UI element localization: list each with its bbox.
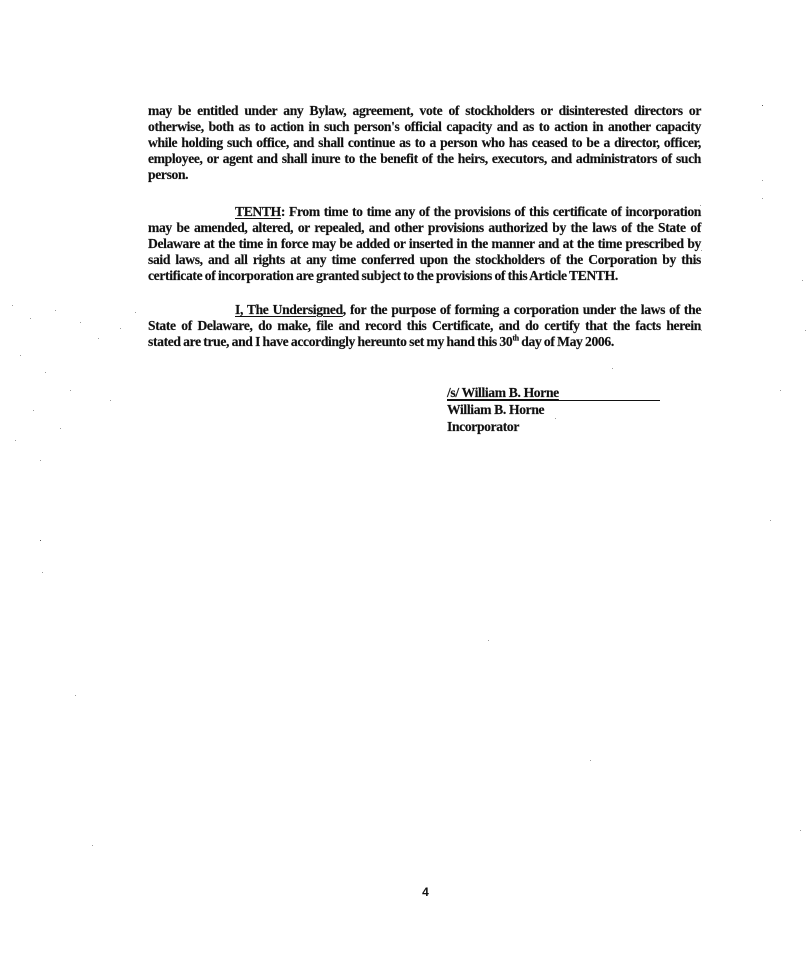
page-number: 4 — [0, 885, 807, 899]
text-line: may be entitled under any Bylaw, agreeme… — [148, 103, 701, 119]
article-heading: TENTH — [235, 204, 281, 219]
signer-title: Incorporator — [447, 418, 660, 435]
signature-block: /s/ William B. Horne William B. Horne In… — [447, 384, 660, 435]
text-line: said laws, and all rights at any time co… — [148, 252, 701, 268]
signer-name: William B. Horne — [447, 401, 660, 418]
text-line: employee, or agent and shall inure to th… — [148, 151, 701, 167]
paragraph-attestation: I, The Undersigned, for the purpose of f… — [148, 302, 701, 350]
text-line: person. — [148, 167, 701, 183]
signature-text: /s/ William B. Horne — [447, 385, 559, 400]
document-page: may be entitled under any Bylaw, agreeme… — [0, 0, 807, 968]
signature-line: /s/ William B. Horne — [447, 385, 660, 401]
text-line: TENTH: From time to time any of the prov… — [148, 204, 701, 220]
attestation-heading: I, The Undersigned — [235, 302, 343, 317]
text-line: otherwise, both as to action in such per… — [148, 119, 701, 135]
text-line: certificate of incorporation are granted… — [148, 268, 701, 284]
text-line: may be amended, altered, or repealed, an… — [148, 220, 701, 236]
text-line: while holding such office, and shall con… — [148, 135, 701, 151]
text-line: Delaware at the time in force may be add… — [148, 236, 701, 252]
text-line: I, The Undersigned, for the purpose of f… — [148, 302, 701, 318]
paragraph-article-tenth: TENTH: From time to time any of the prov… — [148, 204, 701, 284]
text-line: State of Delaware, do make, file and rec… — [148, 318, 701, 334]
paragraph-indemnification-continuation: may be entitled under any Bylaw, agreeme… — [148, 103, 701, 183]
text-line: stated are true, and I have accordingly … — [148, 334, 701, 350]
